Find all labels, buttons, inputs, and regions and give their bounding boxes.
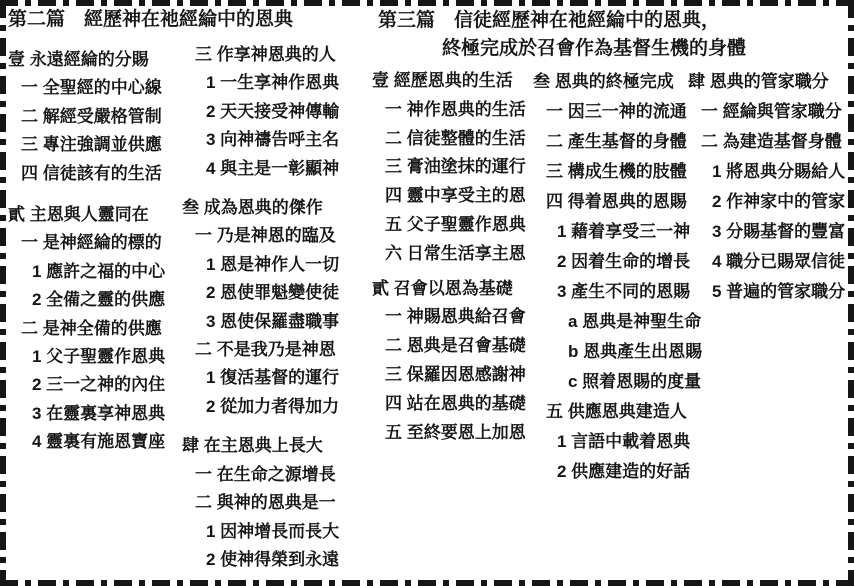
outline-line: 4 職分已賜眾信徒 <box>712 247 845 277</box>
page-border-bottom <box>0 580 854 586</box>
outline-line: 六 日常生活享主恩 <box>385 240 526 269</box>
outline-line: 2 三一之神的內住 <box>32 371 165 399</box>
outline-line: 1 將恩典分賜給人 <box>712 157 845 187</box>
outline-line: 2 全備之靈的供應 <box>32 286 165 314</box>
outline-line: 1 恩是神作人一切 <box>206 251 339 279</box>
outline-line: 3 在靈裏享神恩典 <box>32 400 165 428</box>
outline-group: 叁 成為恩典的傑作一 乃是神恩的臨及1 恩是神作人一切2 恩使罪魁變使徒3 恩使… <box>182 194 339 421</box>
outline-line: 三 構成生機的肢體 <box>546 157 702 187</box>
outline-line: 2 從加力者得加力 <box>206 393 339 421</box>
outline-line: 二 與神的恩典是一 <box>195 489 339 517</box>
outline-group: 貳 召會以恩為基礎一 神賜恩典給召會二 恩典是召會基礎三 保羅因恩感謝神四 站在… <box>372 275 526 448</box>
outline-line: 五 供應恩典建造人 <box>546 397 702 427</box>
outline-line: 1 應許之福的中心 <box>32 258 165 286</box>
outline-group: 肆 恩典的管家職分一 經綸與管家職分二 為建造基督身體1 將恩典分賜給人2 作神… <box>688 67 845 307</box>
chapter3-title: 第三篇 信徒經歷神在祂經綸中的恩典， 終極完成於召會作為基督生機的身體 <box>372 7 746 63</box>
chapter3-title-line2: 終極完成於召會作為基督生機的身體 <box>442 35 746 63</box>
outline-line: 二 產生基督的身體 <box>546 127 702 157</box>
outline-line: 三 作享神恩典的人 <box>195 41 339 69</box>
outline-line: 一 是神經綸的標的 <box>21 229 165 257</box>
outline-line: 二 為建造基督身體 <box>701 127 845 157</box>
outline-line: 1 一生享神作恩典 <box>206 69 339 97</box>
outline-line: 一 經綸與管家職分 <box>701 97 845 127</box>
outline-line: c 照着恩賜的度量 <box>568 367 702 397</box>
outline-line: 四 得着恩典的恩賜 <box>546 187 702 217</box>
outline-line: 肆 在主恩典上長大 <box>182 432 339 460</box>
chapter2-outline-column-2: 三 作享神恩典的人1 一生享神作恩典2 天天接受神傳輸3 向神禱告呼主名4 與主… <box>182 41 339 574</box>
outline-line: 3 分賜基督的豐富 <box>712 217 845 247</box>
page-border-left <box>0 0 6 586</box>
outline-line: a 恩典是神聖生命 <box>568 307 702 337</box>
outline-line: 三 專注強調並供應 <box>21 131 165 159</box>
chapter3-outline-column-1: 壹 經歷恩典的生活一 神作恩典的生活二 信徒整體的生活三 膏油塗抹的運行四 靈中… <box>372 67 526 447</box>
outline-line: 一 神作恩典的生活 <box>385 96 526 125</box>
outline-line: 貳 召會以恩為基礎 <box>372 275 526 304</box>
outline-group: 壹 永遠經綸的分賜一 全聖經的中心線二 解經受嚴格管制三 專注強調並供應四 信徒… <box>8 46 165 188</box>
outline-line: 2 作神家中的管家 <box>712 187 845 217</box>
outline-group: 肆 在主恩典上長大一 在生命之源增長二 與神的恩典是一1 因神增長而長大2 使神… <box>182 432 339 574</box>
outline-line: 2 恩使罪魁變使徒 <box>206 279 339 307</box>
outline-line: 3 向神禱告呼主名 <box>206 126 339 154</box>
chapter3-outline-column-2: 叁 恩典的終極完成一 因三一神的流通二 產生基督的身體三 構成生機的肢體四 得着… <box>533 67 702 487</box>
outline-line: 壹 永遠經綸的分賜 <box>8 46 165 74</box>
chapter3-title-line1: 第三篇 信徒經歷神在祂經綸中的恩典， <box>378 7 746 35</box>
outline-line: 2 因着生命的增長 <box>557 247 702 277</box>
outline-line: 1 言語中載着恩典 <box>557 427 702 457</box>
outline-line: 壹 經歷恩典的生活 <box>372 67 526 96</box>
outline-group: 壹 經歷恩典的生活一 神作恩典的生活二 信徒整體的生活三 膏油塗抹的運行四 靈中… <box>372 67 526 269</box>
outline-line: 五 父子聖靈作恩典 <box>385 211 526 240</box>
outline-line: 四 站在恩典的基礎 <box>385 390 526 419</box>
outline-line: 4 與主是一彰顯神 <box>206 155 339 183</box>
outline-line: 一 乃是神恩的臨及 <box>195 222 339 250</box>
outline-line: 二 不是我乃是神恩 <box>195 336 339 364</box>
outline-line: 三 保羅因恩感謝神 <box>385 361 526 390</box>
outline-line: 1 藉着享受三一神 <box>557 217 702 247</box>
outline-line: 五 至終要恩上加恩 <box>385 419 526 448</box>
outline-line: 3 產生不同的恩賜 <box>557 277 702 307</box>
outline-line: 二 信徒整體的生活 <box>385 125 526 154</box>
page-border-right <box>848 0 854 586</box>
outline-line: 二 是神全備的供應 <box>21 315 165 343</box>
outline-line: 二 恩典是召會基礎 <box>385 332 526 361</box>
outline-line: 三 膏油塗抹的運行 <box>385 153 526 182</box>
outline-line: 一 因三一神的流通 <box>546 97 702 127</box>
outline-line: 四 靈中享受主的恩 <box>385 182 526 211</box>
chapter2-outline-column-1: 壹 永遠經綸的分賜一 全聖經的中心線二 解經受嚴格管制三 專注強調並供應四 信徒… <box>8 46 165 457</box>
outline-line: 叁 成為恩典的傑作 <box>182 194 339 222</box>
outline-group: 叁 恩典的終極完成一 因三一神的流通二 產生基督的身體三 構成生機的肢體四 得着… <box>533 67 702 487</box>
outline-line: 2 天天接受神傳輸 <box>206 98 339 126</box>
document-page: 第二篇 經歷神在祂經綸中的恩典 第三篇 信徒經歷神在祂經綸中的恩典， 終極完成於… <box>0 0 854 586</box>
outline-group: 三 作享神恩典的人1 一生享神作恩典2 天天接受神傳輸3 向神禱告呼主名4 與主… <box>182 41 339 183</box>
outline-line: 1 復活基督的運行 <box>206 364 339 392</box>
outline-line: 二 解經受嚴格管制 <box>21 103 165 131</box>
outline-line: 一 在生命之源增長 <box>195 461 339 489</box>
outline-line: 1 因神增長而長大 <box>206 518 339 546</box>
page-border-top <box>0 0 854 6</box>
outline-line: 3 恩使保羅盡職事 <box>206 308 339 336</box>
chapter3-outline-column-3: 肆 恩典的管家職分一 經綸與管家職分二 為建造基督身體1 將恩典分賜給人2 作神… <box>688 67 845 307</box>
outline-line: 叁 恩典的終極完成 <box>533 67 702 97</box>
outline-line: b 恩典產生出恩賜 <box>568 337 702 367</box>
outline-group: 貳 主恩與人靈同在一 是神經綸的標的1 應許之福的中心2 全備之靈的供應二 是神… <box>8 201 165 457</box>
outline-line: 5 普遍的管家職分 <box>712 277 845 307</box>
outline-line: 2 供應建造的好話 <box>557 457 702 487</box>
outline-line: 肆 恩典的管家職分 <box>688 67 845 97</box>
outline-line: 貳 主恩與人靈同在 <box>8 201 165 229</box>
outline-line: 四 信徒該有的生活 <box>21 160 165 188</box>
outline-line: 4 靈裏有施恩寶座 <box>32 428 165 456</box>
outline-line: 1 父子聖靈作恩典 <box>32 343 165 371</box>
outline-line: 2 使神得榮到永遠 <box>206 546 339 574</box>
outline-line: 一 神賜恩典給召會 <box>385 303 526 332</box>
chapter2-title: 第二篇 經歷神在祂經綸中的恩典 <box>8 7 293 33</box>
outline-line: 一 全聖經的中心線 <box>21 74 165 102</box>
